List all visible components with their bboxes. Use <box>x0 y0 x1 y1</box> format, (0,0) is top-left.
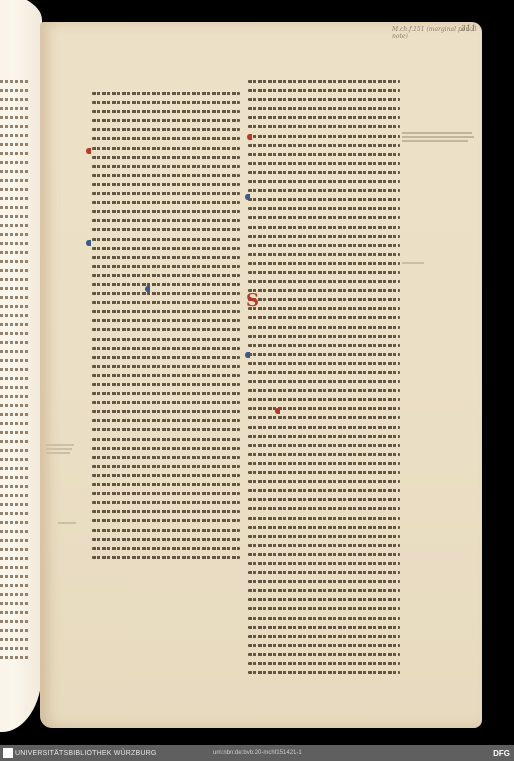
marginal-note-right <box>402 130 480 144</box>
left-page-edge <box>0 0 42 732</box>
marginal-note-lower-left <box>58 522 76 524</box>
blue-paraph-mark <box>145 286 150 292</box>
left-page-text <box>0 80 28 680</box>
urn-identifier: urn:nbn:de:bvb:20-mchf151421-1 <box>213 750 302 756</box>
rubricated-initial: S <box>246 290 259 311</box>
folio-number: 311 <box>461 24 476 33</box>
institution-name[interactable]: UNIVERSITÄTSBIBLIOTHEK WÜRZBURG <box>15 750 157 757</box>
red-paraph-mark <box>275 408 280 414</box>
manuscript-viewer[interactable]: M.ch.f.151 (marginal pencil note) 311 <box>0 0 514 745</box>
marginal-note-left <box>46 442 78 456</box>
red-paraph-mark <box>86 148 91 154</box>
red-paraph-mark <box>247 134 252 140</box>
university-logo-icon[interactable] <box>3 748 13 758</box>
marginal-note-right-middle <box>402 262 424 264</box>
blue-paraph-mark <box>86 240 91 246</box>
footer-bar: UNIVERSITÄTSBIBLIOTHEK WÜRZBURG urn:nbn:… <box>0 745 514 761</box>
manuscript-page: M.ch.f.151 (marginal pencil note) 311 <box>40 22 482 728</box>
text-column-right <box>248 80 400 680</box>
blue-paraph-mark <box>245 194 250 200</box>
text-column-left <box>92 92 240 568</box>
blue-paraph-mark <box>245 352 250 358</box>
dfg-logo[interactable]: DFG <box>493 749 510 758</box>
